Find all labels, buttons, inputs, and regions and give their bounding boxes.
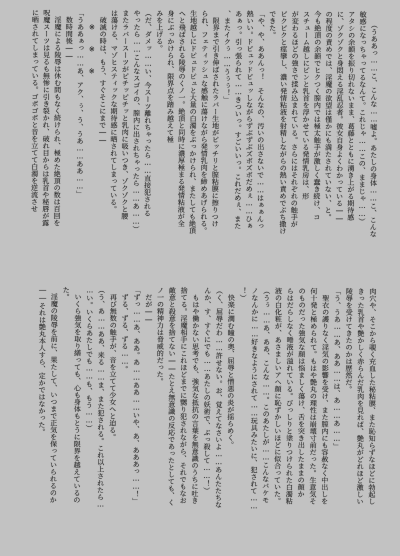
text-column-line: 敏感になっちゃってるなんて。これじゃ……この、ままじゃ……） <box>355 11 368 263</box>
text-column-line: ※ ※ ※ <box>84 9 97 261</box>
text-column-line: みを上げる。 <box>152 10 165 262</box>
text-column-line: に、ゾクゾクと身悶える淫乱忍者。彼女自身よくわかっている―― <box>333 11 346 263</box>
text-column-line: アタシの余韻を振り切れないまま、葛藤とともに湧き上がる期待感 <box>344 11 357 263</box>
text-column-line: 呪魔スーツは見るも無惨に引き裂かれ、破れ目からは乳首や秘唇が露 <box>39 9 52 261</box>
text-column-line: 聖衣の護りなく淫気の影響を受け、また膣内にも容赦なく中出しを <box>318 288 331 550</box>
text-column-line: 再び無数の触手が、音を立てて少女へと迫る。 <box>105 287 118 549</box>
text-block-bottom: 肉穴や、そこから覗く充血した秘粘膜、また恥知らずなほどに勃起しきった乳首や艶かし… <box>34 286 377 550</box>
text-column-line: （く、屈辱だわ……許せない。お、覚えてなさいよ……あんたたちな <box>211 287 224 549</box>
text-column-line: あぁっ。引っ張られて……きついっ。すごいいっ。これだめぇ、また <box>231 10 244 262</box>
text-column-line: た。 <box>58 286 71 548</box>
text-column-line: が変わるほどの強さで揉み込まれている。さらにはそれぞれの触手が <box>288 10 301 262</box>
text-column-line: 限界まで引き伸ばされたラバー生地がピッチリと膣粘膜に擦りつけ <box>209 10 222 262</box>
text-column-line: 「うああぁっ……あ、アク、ぅ、う、うあ……ああ……」 <box>73 9 86 261</box>
text-column-line: ノ一の精神力は脅威的だった。 <box>152 287 165 549</box>
text-column-line: られ、フェティッシュな感触に蕩けながら発情乳肉を締めあげられる。 <box>197 10 210 262</box>
text-column-line: 快楽に潤む瞳の奥、屈辱と憎悪の炎が揺らめく。 <box>223 287 236 549</box>
text-column-line: ――それは艶丸本人すら、定かではなかった。 <box>34 286 47 548</box>
text-column-line: 数時間後―― <box>62 9 75 261</box>
text-column-line: 熱いい。ドピュッドピュッしながらずぶずぶズボズボだめぇ……ひぁ <box>243 10 256 262</box>
text-column-line: 何十発と極められて。もはや艶丸の理性は崩壊寸前だった。生意気そ <box>306 288 319 550</box>
text-column-line: だが―― <box>141 287 154 549</box>
text-column-line: の程度の責めでは、淫魔の欲望は僅かにも満たされていない、と。 <box>322 11 335 263</box>
text-column-line: …い。いくらあたしでも……も、もう……） <box>82 286 95 548</box>
text-column-line: いくら強気を取り繕っても、心も身体もとうに限界を越えているの <box>70 286 83 548</box>
text-block-top: （うああっ……こ、こんな……嘘よ。あたしの身体……こ、こんな敏感になっちゃってる… <box>28 9 380 263</box>
text-column-line: 破滅の時は、もう、すぐそこにまで―― <box>96 9 109 261</box>
text-column-line: 淫魔の陵辱を前に、果たして、いつまで正気を保っていられるのか <box>46 286 59 548</box>
text-column-line: 今も絶頂の余韻でヒクつく膣内では極太触手が激しく蠢き続け、コ <box>310 11 323 263</box>
text-column-line: ノなんかに……好きなようにされて……玩具みたいに、犯されて…… <box>247 287 260 549</box>
page-content: （うああっ……こ、こんな……嘘よ。あたしの身体……こ、こんな敏感になっちゃってる… <box>0 0 400 556</box>
text-column-line: 液の白化粧が、あさましいアヘ顔に恥ずかしいほどに似合っていた。 <box>270 287 283 549</box>
text-column-line: （だ、ダメッ……い、今スーツ離れちゃったら……直接犯される <box>141 10 154 262</box>
text-column-line: んか、す、すぐにでも……あたしの妖術で、ぶっ殺して……！） <box>200 287 213 549</box>
text-column-line: 捨てる。淫魔相手にこれほどまでに嬲り犯されながら、それでもなお <box>176 287 189 549</box>
text-column-line: 肉穴や、そこから覗く充血した秘粘膜、また恥知らずなほどに勃起し <box>365 288 378 550</box>
text-column-line: 「う、うあ……あ、ああ……は、あ……あ……」 <box>329 288 342 550</box>
text-column-line: のものだった強気な顔は悩ましく蕩け、舌を突き出したままの顔か <box>294 287 307 549</box>
scanned-page: （うああっ……こ、こんな……嘘よ。あたしの身体……こ、こんな敏感になっちゃってる… <box>0 0 400 556</box>
text-column-line: ビクビクと痙攣し、濃い発情粘液を射精しながらの熱い責めでぶち撒け <box>276 10 289 262</box>
text-column-line: 生地越しにドピュドピュと大量の白濁をぶっかけられ、またしても絶頂 <box>186 10 199 262</box>
text-column-line: （うぅ……あ、ああ、こんな……。このあたしが……こんなバケモ <box>259 287 272 549</box>
text-column-line: きった乳首や艶かしく赤らんだ乳肉を見れば、艶丸がどれほど激しい <box>353 288 366 550</box>
text-column-line: 「や、や、ああんっ！ そんなの、汚いの出さないで……はぁぁんっ <box>254 10 267 262</box>
text-column-line: へと飛ばされる陵辱のくノ一。絶頂と同時に濃厚極まる発情粘液が全 <box>175 10 188 262</box>
text-column-line: やったら……こんなスゴイの、膣内に出されちゃったら……あ……） <box>130 10 143 262</box>
text-column-line: スチューム越しにピンと乳首を浮かせている発情乳房は、形 <box>299 11 312 263</box>
text-column-line: もはや働かない思考でも、強気な抵抗の言葉を無意識のうちに吐き <box>188 287 201 549</box>
text-column-line: ずる、ずる、ずる……。 <box>117 287 130 549</box>
text-column-line: 淫魔による陵辱は休む間もなく続けられ、極めた絶頂の数は百回を <box>50 9 63 261</box>
text-column-line: 敵意と殺意を捨てない――たとえ無意識の反応であったとしても、く <box>164 287 177 549</box>
text-column-line: 陵辱を受けてきたのかは歴然だ。 <box>341 288 354 550</box>
text-column-line: は蕩ける、マゾヒスティックな期待感に晒されてしまっている。 <box>107 10 120 262</box>
text-column-line: （うああっ……こ、こんな……嘘よ。あたしの身体……こ、こんな <box>367 11 380 263</box>
text-column-line: （う、あ……ああ、来る……ま、また犯される。これ以上されたら… <box>93 286 106 548</box>
text-column-line: 「ずっ……あ、ああ。あ……ああ……いや、あ、あああっ……！」 <box>129 287 142 549</box>
text-column-line: 身にぶっかけられ、限界点を踏み越えて極 <box>163 10 176 262</box>
text-column-line: らはだらしなく唾液が溢れている。びっしりと塗りつけられた白濁粘 <box>282 287 295 549</box>
